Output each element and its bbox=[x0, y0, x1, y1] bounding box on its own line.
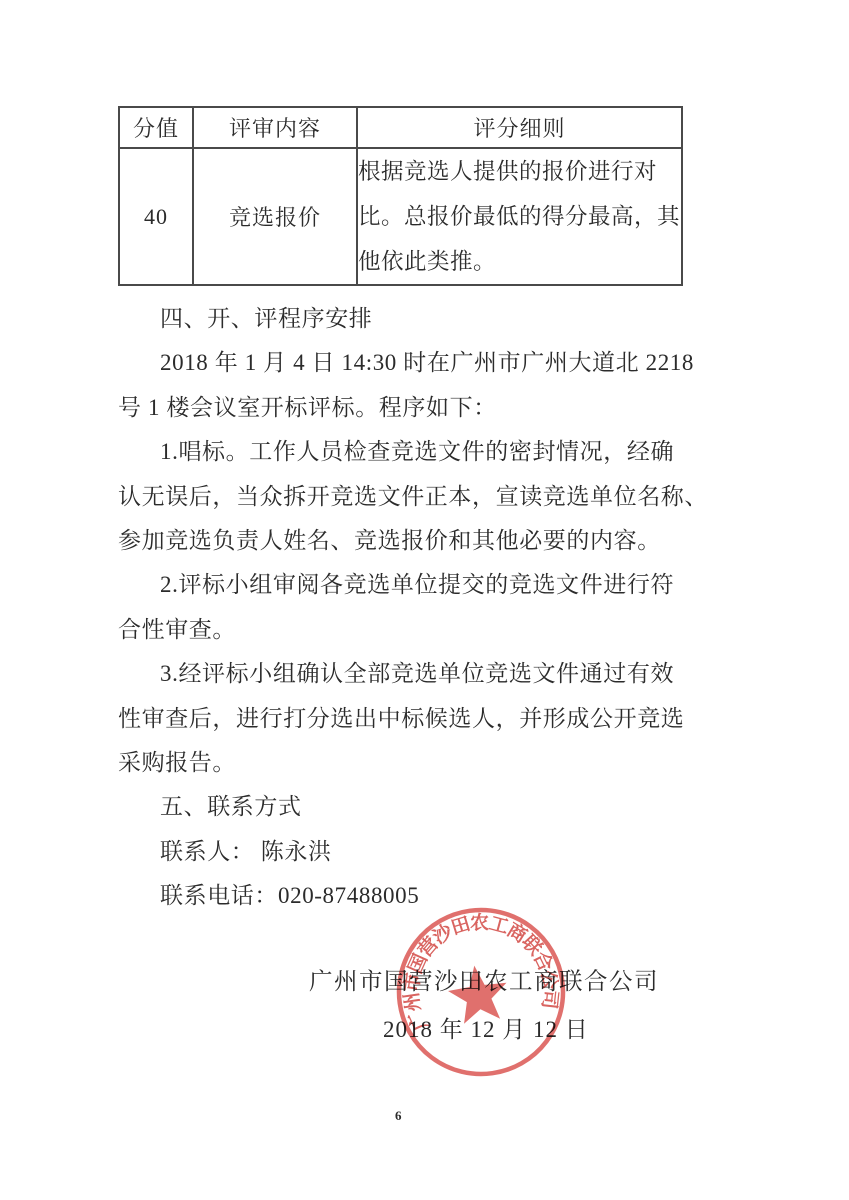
text-line: 2018 年 1 月 4 日 14:30 时在广州市广州大道北 2218 bbox=[118, 341, 703, 385]
section-heading-5: 五、联系方式 bbox=[118, 785, 703, 829]
text-line: 合性审查。 bbox=[118, 608, 703, 652]
rule-line: 比。总报价最低的得分最高，其 bbox=[358, 194, 681, 239]
cell-score-value: 40 bbox=[119, 148, 193, 285]
header-score: 分值 bbox=[119, 107, 193, 148]
rule-line: 他依此类推。 bbox=[358, 239, 681, 284]
header-review-content: 评审内容 bbox=[193, 107, 357, 148]
text-line: 采购报告。 bbox=[118, 741, 703, 785]
table-header-row: 分值 评审内容 评分细则 bbox=[119, 107, 682, 148]
document-body: 四、开、评程序安排 2018 年 1 月 4 日 14:30 时在广州市广州大道… bbox=[118, 297, 703, 918]
signature-company-name: 广州市国营沙田农工商联合公司 bbox=[309, 962, 659, 996]
text-line: 2.评标小组审阅各竞选单位提交的竞选文件进行符 bbox=[118, 563, 703, 607]
contact-phone-line: 联系电话：020-87488005 bbox=[118, 874, 703, 918]
cell-review-item: 竞选报价 bbox=[193, 148, 357, 285]
evaluation-score-table: 分值 评审内容 评分细则 40 竞选报价 根据竞选人提供的报价进行对 比。总报价… bbox=[118, 106, 683, 286]
table-row: 40 竞选报价 根据竞选人提供的报价进行对 比。总报价最低的得分最高，其 他依此… bbox=[119, 148, 682, 285]
text-line: 3.经评标小组确认全部竞选单位竞选文件通过有效 bbox=[118, 652, 703, 696]
text-line: 性审查后，进行打分选出中标候选人，并形成公开竞选 bbox=[118, 697, 703, 741]
text-line: 号 1 楼会议室开标评标。程序如下： bbox=[118, 386, 703, 430]
cell-scoring-rule: 根据竞选人提供的报价进行对 比。总报价最低的得分最高，其 他依此类推。 bbox=[357, 148, 682, 285]
contact-person-line: 联系人： 陈永洪 bbox=[118, 830, 703, 874]
section-heading-4: 四、开、评程序安排 bbox=[118, 297, 703, 341]
header-scoring-rule: 评分细则 bbox=[357, 107, 682, 148]
text-line: 参加竞选负责人姓名、竞选报价和其他必要的内容。 bbox=[118, 519, 703, 563]
document-page: 分值 评审内容 评分细则 40 竞选报价 根据竞选人提供的报价进行对 比。总报价… bbox=[0, 0, 849, 1200]
text-line: 认无误后，当众拆开竞选文件正本，宣读竞选单位名称、 bbox=[118, 475, 703, 519]
text-line: 1.唱标。工作人员检查竞选文件的密封情况，经确 bbox=[118, 430, 703, 474]
rule-line: 根据竞选人提供的报价进行对 bbox=[358, 149, 681, 194]
signature-date: 2018 年 12 月 12 日 bbox=[383, 1011, 589, 1044]
page-number: 6 bbox=[395, 1108, 402, 1124]
